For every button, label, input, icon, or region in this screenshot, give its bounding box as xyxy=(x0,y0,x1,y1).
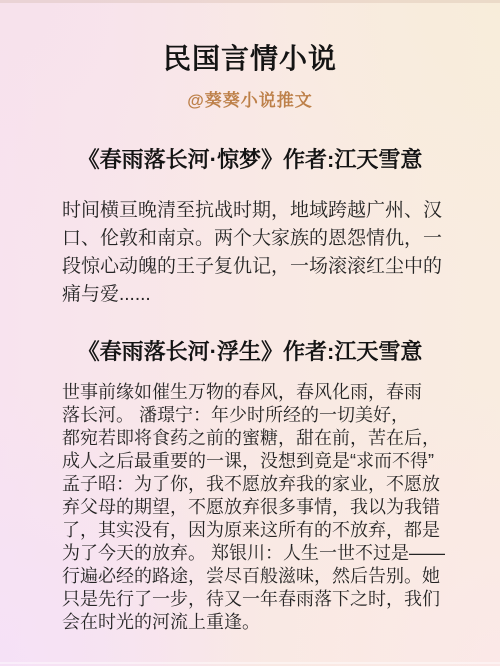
book-title-fusheng: 《春雨落长河·浮生》作者:江天雪意 xyxy=(0,339,500,365)
book-section-fusheng: 《春雨落长河·浮生》作者:江天雪意 世事前缘如催生万物的春风，春风化雨，春雨 落… xyxy=(0,339,500,634)
page-title: 民国言情小说 xyxy=(0,42,500,75)
novel-recommendation-poster: 民国言情小说 @葵葵小说推文 《春雨落长河·惊梦》作者:江天雪意 时间横亘晚清至… xyxy=(0,0,500,666)
book-summary-fusheng: 世事前缘如催生万物的春风，春风化雨，春雨 落长河。 潘璟宁：年少时所经的一切美好… xyxy=(0,381,500,634)
book-section-jingmeng: 《春雨落长河·惊梦》作者:江天雪意 时间横亘晚清至抗战时期，地域跨越广州、汉 口… xyxy=(0,147,500,309)
account-handle: @葵葵小说推文 xyxy=(0,91,500,111)
book-summary-jingmeng: 时间横亘晚清至抗战时期，地域跨越广州、汉 口、伦敦和南京。两个大家族的恩怨情仇，… xyxy=(0,197,500,309)
book-title-jingmeng: 《春雨落长河·惊梦》作者:江天雪意 xyxy=(0,147,500,173)
